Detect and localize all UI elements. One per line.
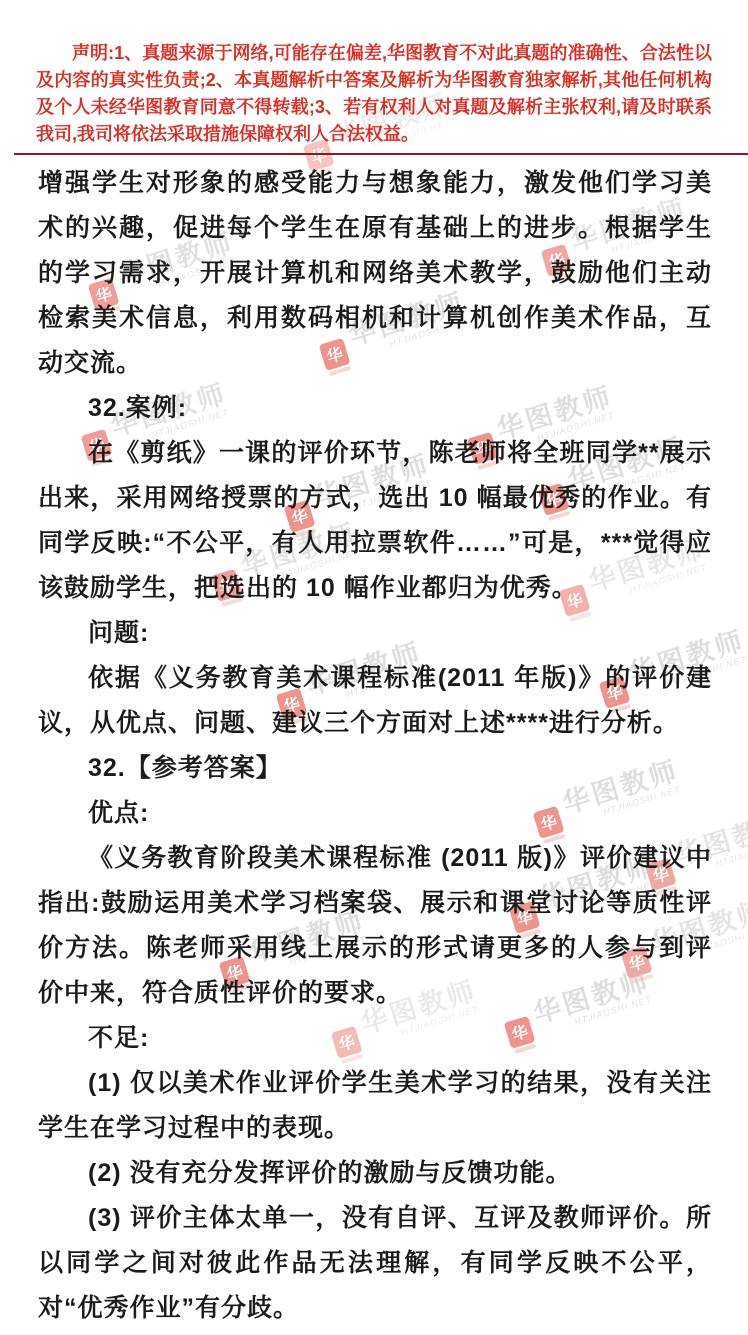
answer-body: 增强学生对形象的感受能力与想象能力，激发他们学习美术的兴趣，促进每个学生在原有基…	[38, 161, 712, 1331]
document-page: 华华图教师HTJIAOSHI.NET华华图教师HTJIAOSHI.NET华华图教…	[0, 0, 748, 1335]
text-run: 优点:	[88, 799, 149, 827]
paragraph: (2) 没有充分发挥评价的激励与反馈功能。	[38, 1151, 712, 1196]
text-run: (3) 评价主体太单一，没有自评、互评及教师评价。所以同学之间对彼此作品无法理解…	[38, 1204, 712, 1322]
paragraph: 32.案例:	[38, 386, 712, 431]
paragraph: 增强学生对形象的感受能力与想象能力，激发他们学习美术的兴趣，促进每个学生在原有基…	[38, 161, 712, 386]
disclaimer-label: 声明:	[72, 43, 114, 63]
text-run: 依据《义务教育美术课程标准(2011 年版)》的评价建议，从优点、问题、建议三个…	[38, 664, 712, 737]
text-run: 32.	[88, 394, 126, 422]
disclaimer-text: 1、真题来源于网络,可能存在偏差,华图教育不对此真题的准确性、合法性以及内容的真…	[36, 43, 712, 144]
text-run: (2) 没有充分发挥评价的激励与反馈功能。	[88, 1159, 572, 1187]
disclaimer: 声明:1、真题来源于网络,可能存在偏差,华图教育不对此真题的准确性、合法性以及内…	[36, 40, 712, 148]
paragraph: 《义务教育阶段美术课程标准 (2011 版)》评价建议中指出:鼓励运用美术学习档…	[38, 836, 712, 1016]
paragraph: 依据《义务教育美术课程标准(2011 年版)》的评价建议，从优点、问题、建议三个…	[38, 656, 712, 746]
paragraph: 32.【参考答案】	[38, 746, 712, 791]
document-content: 声明:1、真题来源于网络,可能存在偏差,华图教育不对此真题的准确性、合法性以及内…	[0, 40, 748, 1331]
text-run: 《义务教育阶段美术课程标准 (2011 版)》评价建议中指出:鼓励运用美术学习档…	[38, 844, 712, 1007]
paragraph: 不足:	[38, 1016, 712, 1061]
divider-line	[14, 153, 748, 155]
paragraph: (1) 仅以美术作业评价学生美术学习的结果，没有关注学生在学习过程中的表现。	[38, 1061, 712, 1151]
text-run: 在《剪纸》一课的评价环节，陈老师将全班同学**展示出来，采用网络授票的方式，选出…	[38, 439, 712, 602]
text-run: 案例:	[126, 394, 187, 422]
text-run: (1) 仅以美术作业评价学生美术学习的结果，没有关注学生在学习过程中的表现。	[38, 1069, 712, 1142]
text-run: 32.【参考答案】	[88, 754, 282, 782]
paragraph: 在《剪纸》一课的评价环节，陈老师将全班同学**展示出来，采用网络授票的方式，选出…	[38, 431, 712, 611]
paragraph: 优点:	[38, 791, 712, 836]
paragraph: 问题:	[38, 611, 712, 656]
text-run: 问题:	[88, 619, 149, 647]
paragraph: (3) 评价主体太单一，没有自评、互评及教师评价。所以同学之间对彼此作品无法理解…	[38, 1196, 712, 1331]
text-run: 增强学生对形象的感受能力与想象能力，激发他们学习美术的兴趣，促进每个学生在原有基…	[38, 169, 712, 377]
text-run: 不足:	[88, 1024, 149, 1052]
